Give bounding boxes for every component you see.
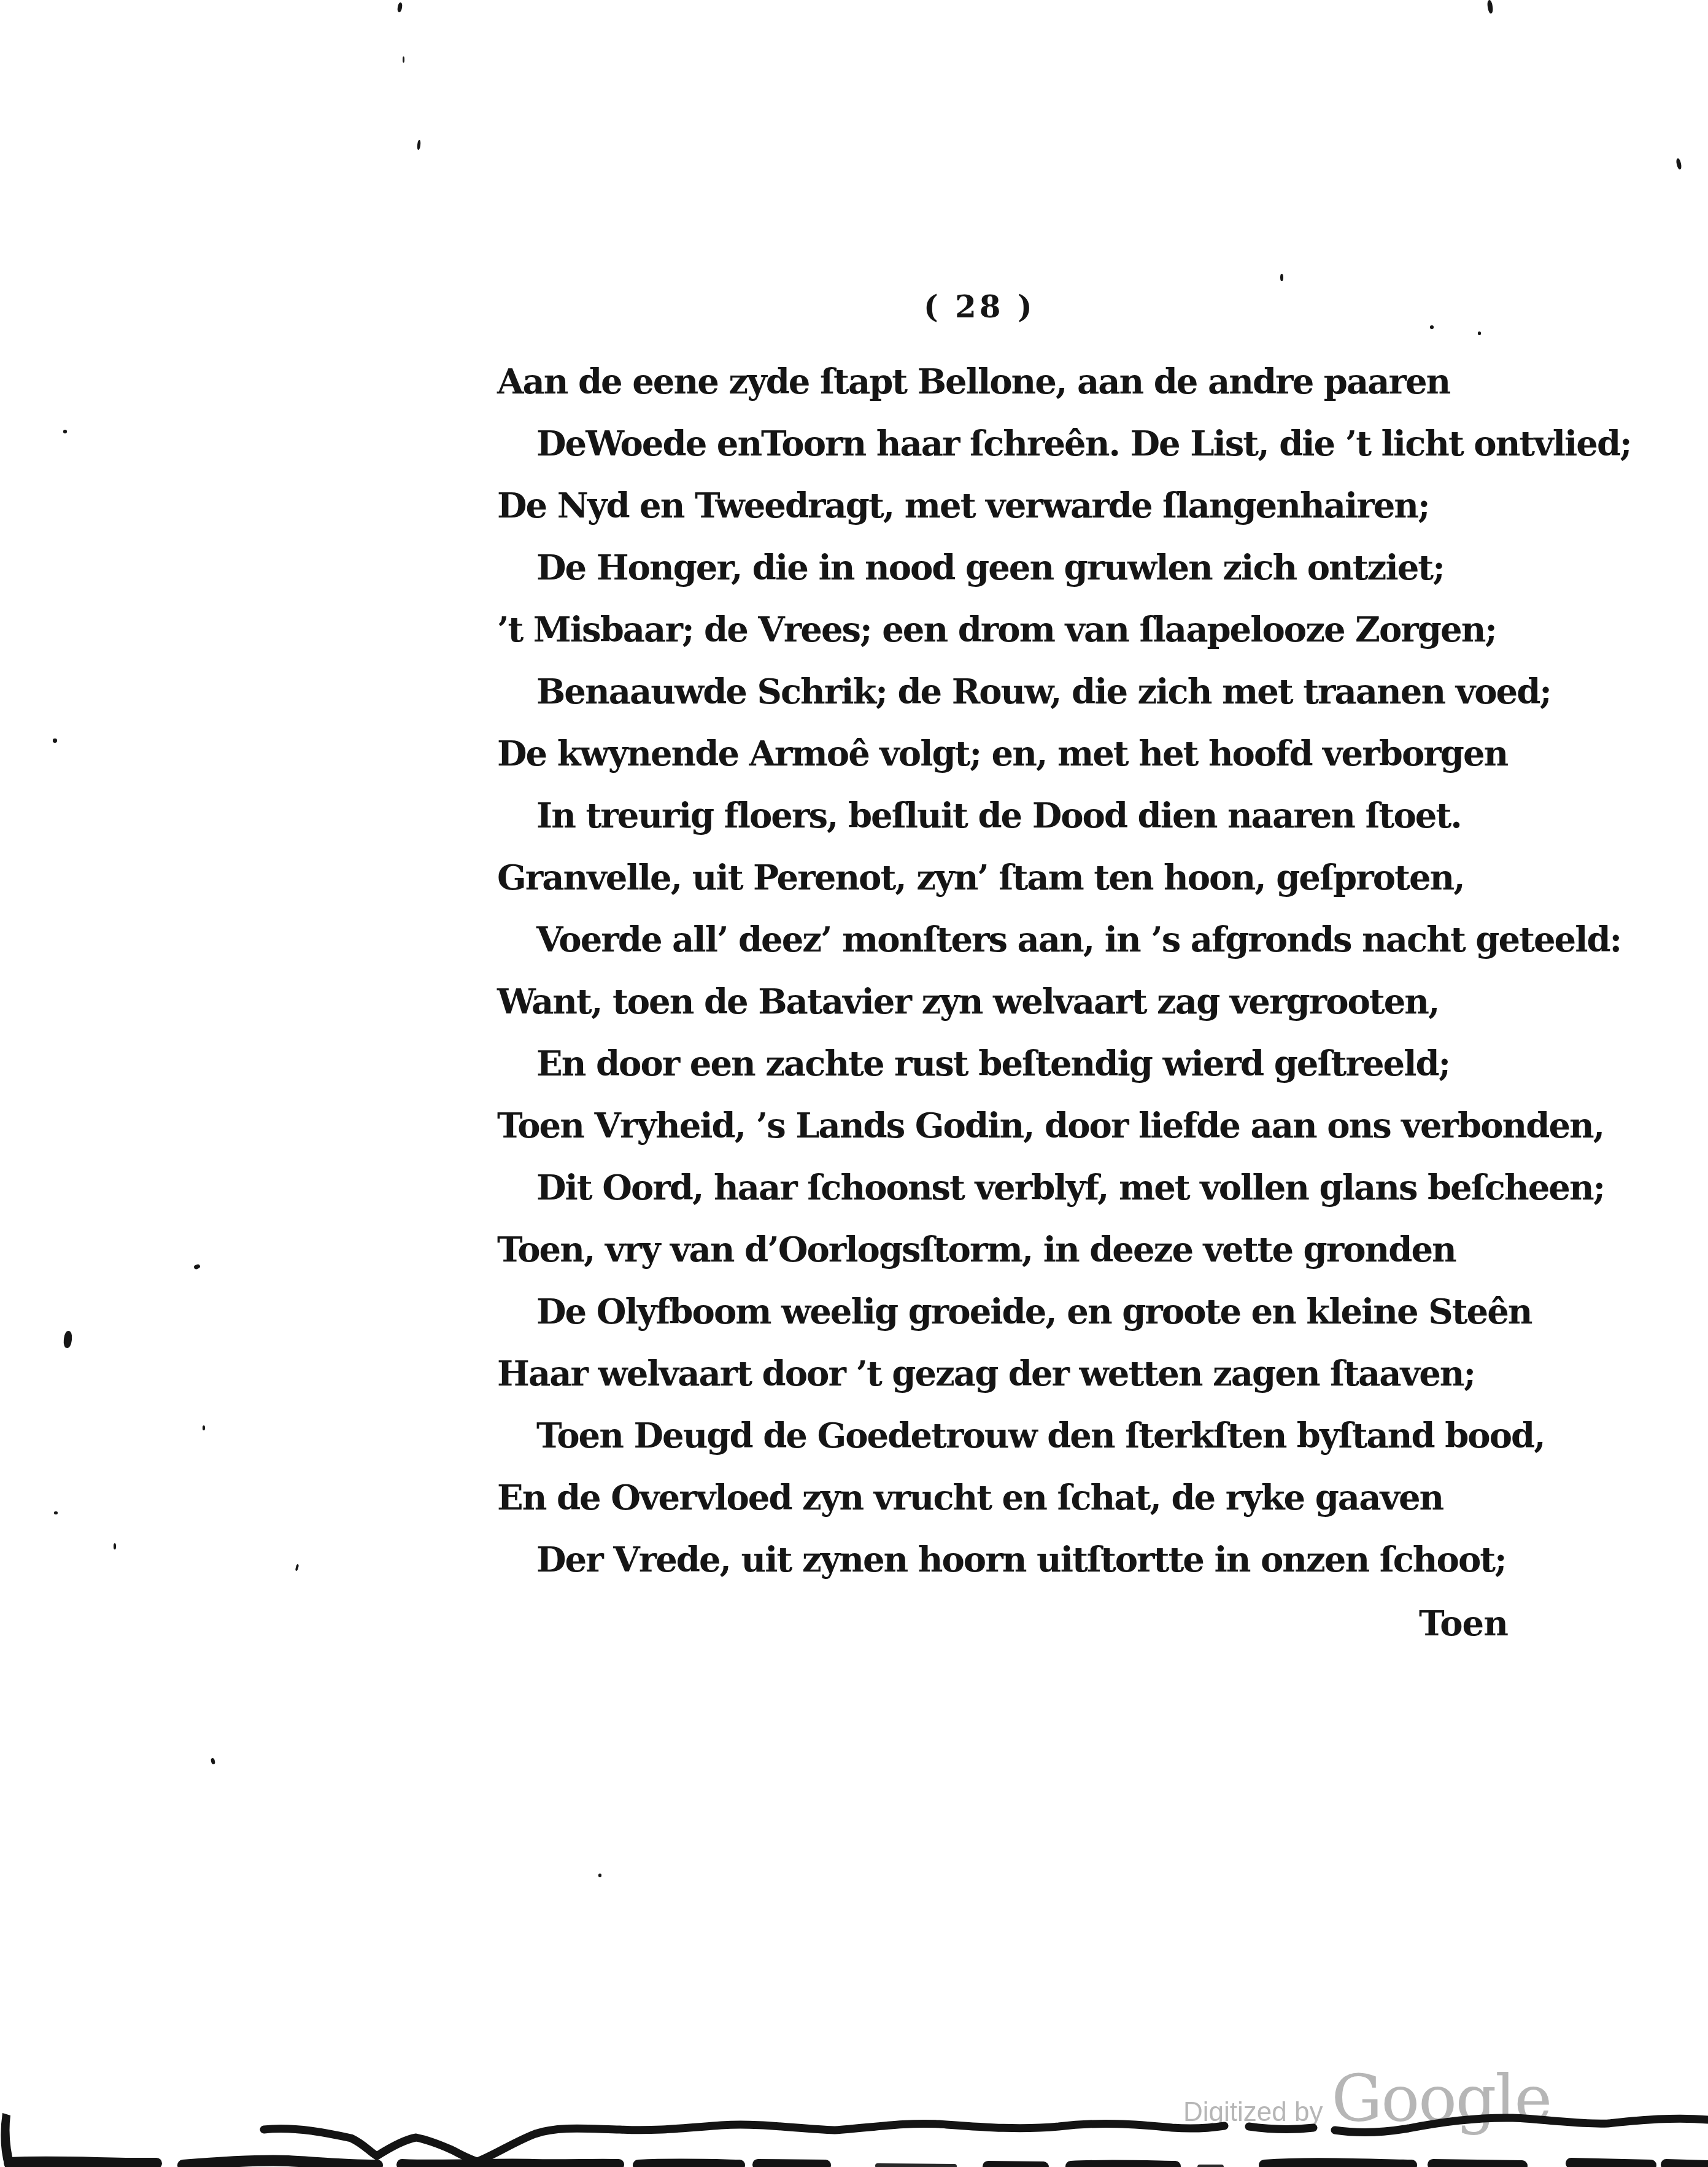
ink-speck [63,430,67,433]
google-logo: Google [1331,2061,1551,2136]
ink-speck [193,1264,201,1270]
ink-speck [211,1758,215,1764]
ink-speck [397,2,403,13]
poem-line: En door een zachte rust beſtendig wierd … [497,1033,1631,1095]
ink-speck [403,56,404,63]
google-watermark: Digitized by Google [1183,2061,1551,2136]
poem-line: ’t Misbaar; de Vrees; een drom van ſlaap… [497,599,1631,661]
ink-speck [203,1425,205,1430]
poem-line: Aan de eene zyde ſtapt Bellone, aan de a… [497,351,1631,413]
ink-speck [1487,0,1494,14]
poem-text: Aan de eene zyde ſtapt Bellone, aan de a… [497,351,1631,1591]
poem-line: Toen Vryheid, ’s Lands Godin, door liefd… [497,1095,1631,1157]
ink-speck [417,140,421,150]
poem-line: De Honger, die in nood geen gruwlen zich… [497,537,1631,599]
book-page: ( 28 ) Aan de eene zyde ſtapt Bellone, a… [0,0,1708,2167]
ink-speck [295,1564,299,1572]
ink-speck [53,738,57,743]
ink-speck [63,1330,73,1348]
ink-speck [1478,331,1481,335]
ink-speck [1280,274,1283,281]
poem-line: Voerde all’ deez’ monſters aan, in ’s af… [497,909,1631,971]
ink-speck [598,1874,601,1877]
poem-line: Want, toen de Batavier zyn welvaart zag … [497,971,1631,1033]
ink-speck [114,1543,116,1549]
poem-line: DeWoede enToorn haar ſchreên. De List, d… [497,413,1631,475]
catchword: Toen [1419,1603,1508,1644]
poem-line: Benaauwde Schrik; de Rouw, die zich met … [497,661,1631,723]
poem-line: Der Vrede, uit zynen hoorn uitſtortte in… [497,1529,1631,1591]
poem-line: De Nyd en Tweedragt, met verwarde ſlange… [497,475,1631,537]
poem-line: Granvelle, uit Perenot, zyn’ ſtam ten ho… [497,847,1631,909]
ink-speck [1675,158,1682,169]
poem-line: De Olyfboom weelig groeide, en groote en… [497,1281,1631,1343]
poem-line: Toen Deugd de Goedetrouw den ſterkſten b… [497,1405,1631,1467]
page-number-header: ( 28 ) [924,289,1035,325]
poem-line: In treurig floers, beſluit de Dood dien … [497,785,1631,847]
poem-line: De kwynende Armoê volgt; en, met het hoo… [497,723,1631,785]
poem-line: Toen, vry van d’Oorlogsſtorm, in deeze v… [497,1219,1631,1281]
digitized-by-label: Digitized by [1183,2097,1323,2128]
ink-speck [1430,325,1434,329]
poem-line: Dit Oord, haar ſchoonst verblyf, met vol… [497,1157,1631,1219]
poem-line: En de Overvloed zyn vrucht en ſchat, de … [497,1467,1631,1529]
ink-speck [54,1511,58,1514]
poem-line: Haar welvaart door ’t gezag der wetten z… [497,1343,1631,1405]
